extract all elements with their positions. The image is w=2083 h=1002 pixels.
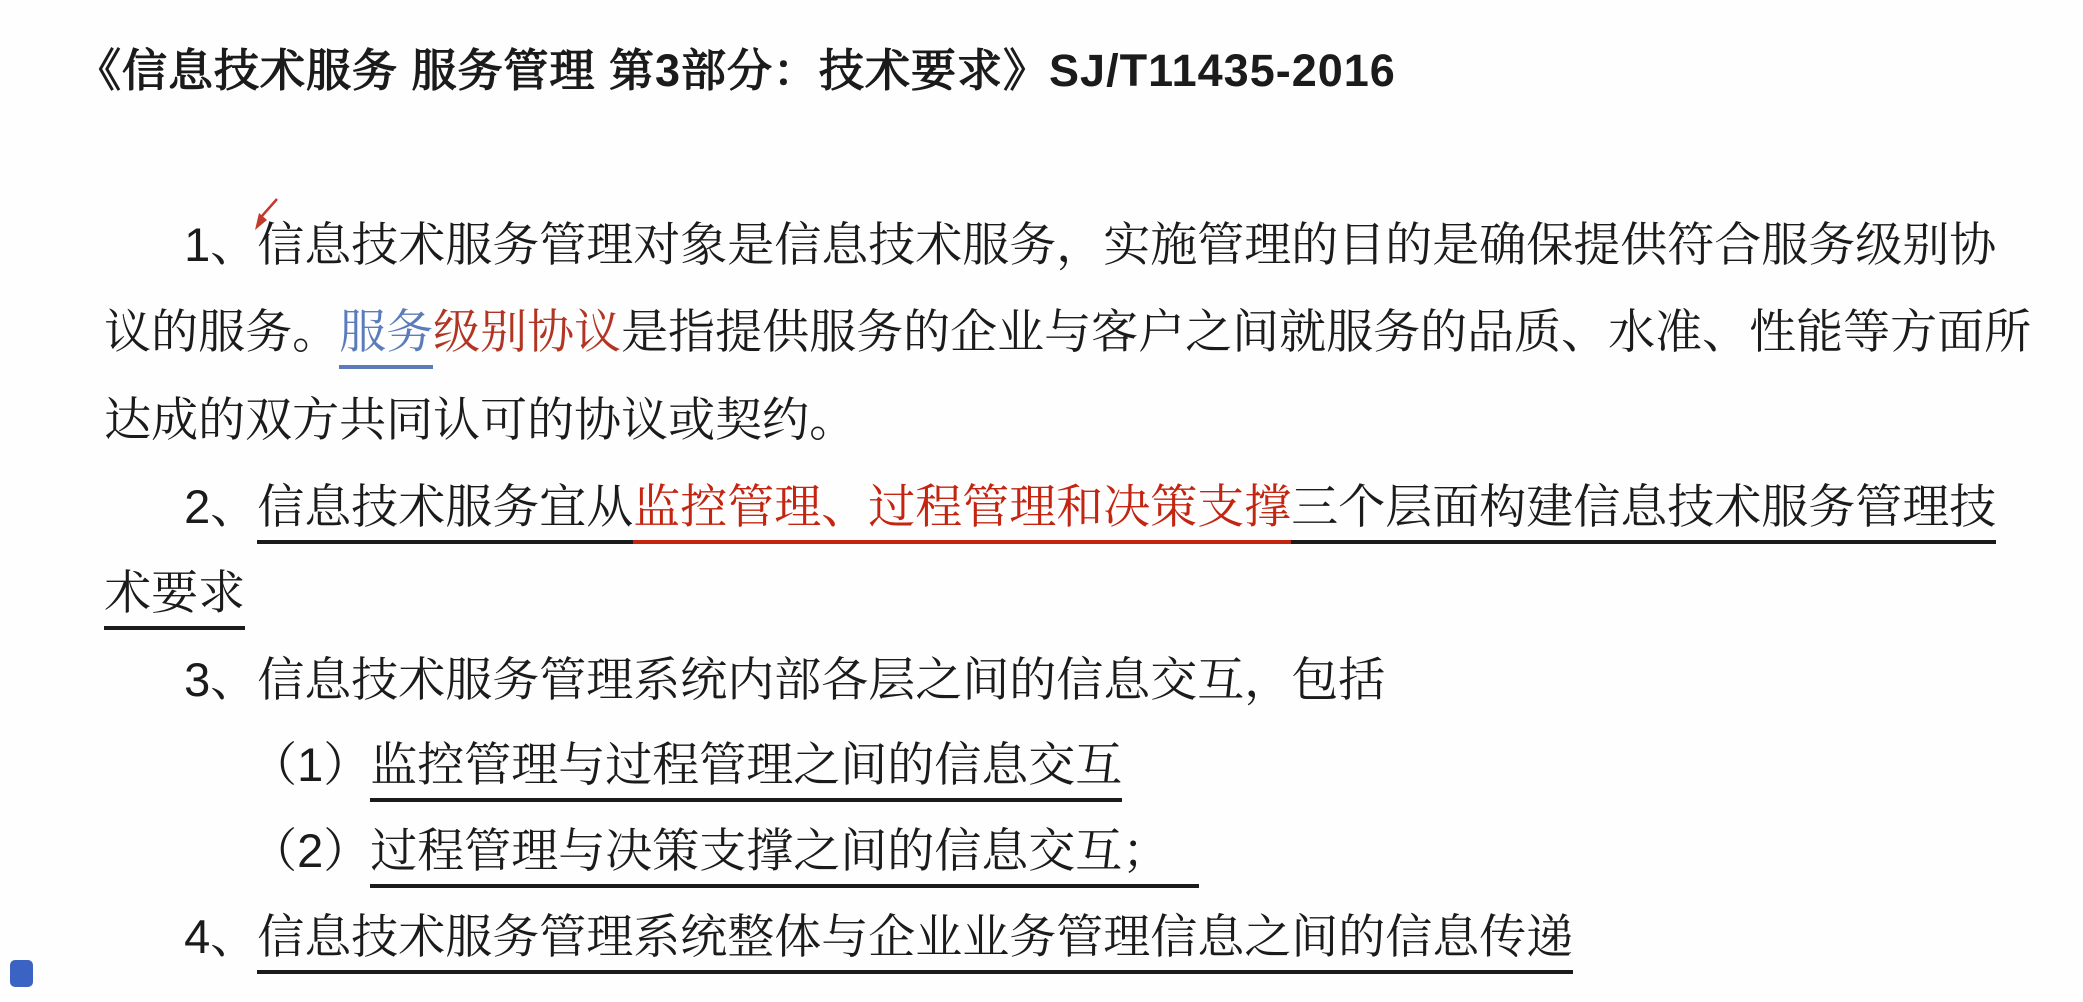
item4-underlined-text: 信息技术服务管理系统整体与企业业务管理信息之间的信息传递 (257, 910, 1573, 974)
item2-line1: 2、信息技术服务宜从监控管理、过程管理和决策支撑三个层面构建信息技术服务管理技 (158, 424, 1996, 535)
item2-underlined-red: 监控管理、过程管理和决策支撑 (633, 480, 1291, 544)
item4-line: 4、信息技术服务管理系统整体与企业业务管理信息之间的信息传递 (158, 854, 1573, 965)
page-title: 《信息技术服务 服务管理 第3部分：技术要求》SJ/T11435-2016 (76, 34, 1396, 99)
item2-underlined-black2: 三个层面构建信息技术服务管理技 (1291, 480, 1996, 544)
item4-number: 4、 (184, 910, 257, 963)
corner-marker (10, 960, 33, 987)
item2-underlined-black1: 信息技术服务宜从 (257, 480, 633, 544)
pen-cursor-icon (250, 196, 280, 234)
